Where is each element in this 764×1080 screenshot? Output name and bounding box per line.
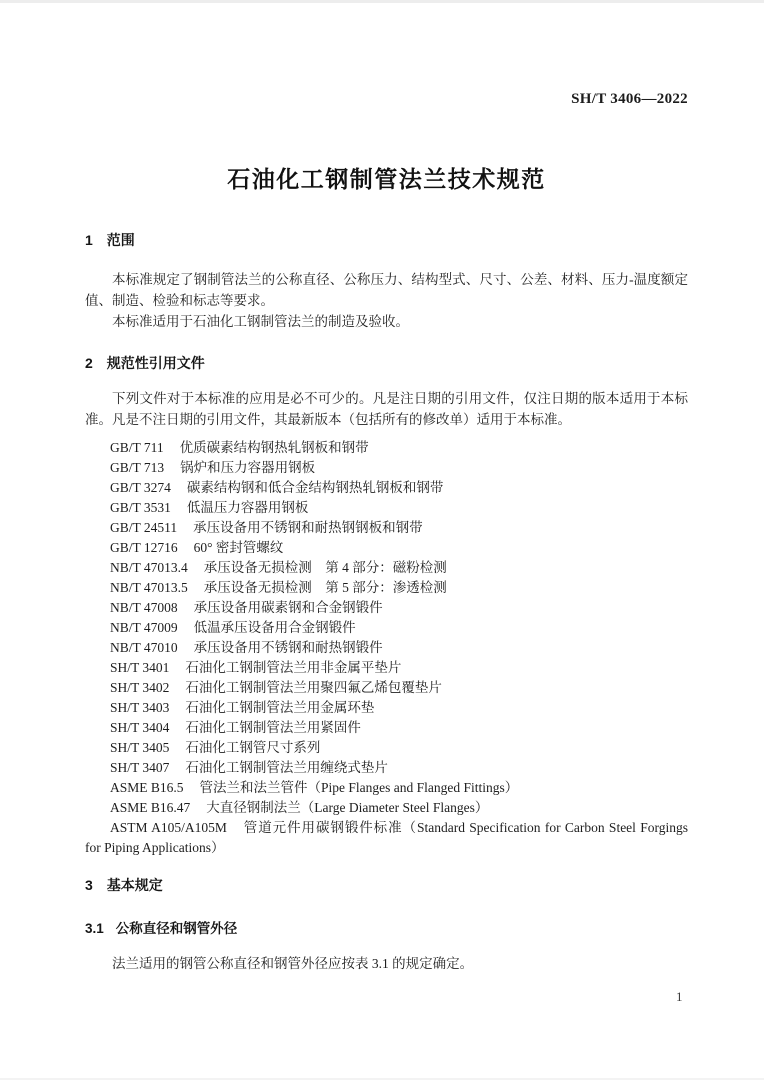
section-title: 基本规定 <box>107 877 163 893</box>
reference-title: 60° 密封管螺纹 <box>194 540 284 555</box>
subsection-heading-nominal-diameter: 3.1公称直径和钢管外径 <box>85 920 688 937</box>
section-number: 1 <box>85 232 93 248</box>
reference-code: GB/T 12716 <box>110 540 178 555</box>
reference-title: 低温压力容器用钢板 <box>187 500 309 515</box>
reference-title: 承压设备无损检测 第 4 部分：磁粉检测 <box>204 560 447 575</box>
section-heading-scope: 1范围 <box>85 231 688 249</box>
reference-item: SH/T 3404石油化工钢制管法兰用紧固件 <box>85 718 688 738</box>
references-intro-paragraph: 下列文件对于本标准的应用是必不可少的。凡是注日期的引用文件，仅注日期的版本适用于… <box>85 388 688 430</box>
reference-title: 承压设备用不锈钢和耐热钢钢板和钢带 <box>193 520 423 535</box>
reference-item: NB/T 47013.5承压设备无损检测 第 5 部分：渗透检测 <box>85 578 688 598</box>
reference-code: SH/T 3403 <box>110 700 169 715</box>
subsection-number: 3.1 <box>85 921 104 936</box>
reference-code: GB/T 711 <box>110 440 164 455</box>
reference-title: 石油化工钢制管法兰用非金属平垫片 <box>185 660 401 675</box>
reference-title: 石油化工钢制管法兰用缠绕式垫片 <box>185 760 388 775</box>
reference-item: GB/T 1271660° 密封管螺纹 <box>85 538 688 558</box>
section-number: 2 <box>85 355 93 371</box>
reference-code: GB/T 3531 <box>110 500 171 515</box>
reference-title: 优质碳素结构钢热轧钢板和钢带 <box>180 440 369 455</box>
reference-title: 石油化工钢制管法兰用紧固件 <box>185 720 361 735</box>
reference-item: SH/T 3407石油化工钢制管法兰用缠绕式垫片 <box>85 758 688 778</box>
reference-code: GB/T 24511 <box>110 520 177 535</box>
reference-item: NB/T 47009低温承压设备用合金钢锻件 <box>85 618 688 638</box>
reference-item: NB/T 47010承压设备用不锈钢和耐热钢锻件 <box>85 638 688 658</box>
reference-code: NB/T 47008 <box>110 600 178 615</box>
reference-code: GB/T 713 <box>110 460 164 475</box>
reference-item: ASME B16.47大直径钢制法兰（Large Diameter Steel … <box>85 798 688 818</box>
nominal-diameter-paragraph: 法兰适用的钢管公称直径和钢管外径应按表 3.1 的规定确定。 <box>85 953 688 974</box>
reference-list: GB/T 711优质碳素结构钢热轧钢板和钢带 GB/T 713锅炉和压力容器用钢… <box>85 438 688 858</box>
reference-title: 承压设备无损检测 第 5 部分：渗透检测 <box>204 580 447 595</box>
reference-code: GB/T 3274 <box>110 480 171 495</box>
reference-code: ASTM A105/A105M <box>110 820 227 835</box>
page-content: SH/T 3406—2022 石油化工钢制管法兰技术规范 1范围 本标准规定了钢… <box>0 0 764 974</box>
reference-item: ASME B16.5管法兰和法兰管件（Pipe Flanges and Flan… <box>85 778 688 798</box>
reference-item: SH/T 3403石油化工钢制管法兰用金属环垫 <box>85 698 688 718</box>
subsection-title: 公称直径和钢管外径 <box>116 921 238 936</box>
reference-code: ASME B16.5 <box>110 780 184 795</box>
page-number: 1 <box>676 989 683 1005</box>
reference-item: SH/T 3402石油化工钢制管法兰用聚四氟乙烯包覆垫片 <box>85 678 688 698</box>
standard-number: SH/T 3406—2022 <box>85 0 688 107</box>
reference-item: NB/T 47013.4承压设备无损检测 第 4 部分：磁粉检测 <box>85 558 688 578</box>
document-title: 石油化工钢制管法兰技术规范 <box>85 165 688 193</box>
reference-item: ASTM A105/A105M管道元件用碳钢锻件标准（Standard Spec… <box>85 818 688 858</box>
reference-item: GB/T 24511承压设备用不锈钢和耐热钢钢板和钢带 <box>85 518 688 538</box>
section-heading-normative-references: 2规范性引用文件 <box>85 354 688 372</box>
reference-item: GB/T 3274碳素结构钢和低合金结构钢热轧钢板和钢带 <box>85 478 688 498</box>
section-title: 规范性引用文件 <box>107 355 205 371</box>
reference-code: NB/T 47010 <box>110 640 178 655</box>
reference-item: GB/T 713锅炉和压力容器用钢板 <box>85 458 688 478</box>
reference-code: SH/T 3407 <box>110 760 169 775</box>
reference-title: 管法兰和法兰管件（Pipe Flanges and Flanged Fittin… <box>200 780 519 795</box>
scope-paragraph-1: 本标准规定了钢制管法兰的公称直径、公称压力、结构型式、尺寸、公差、材料、压力-温… <box>85 269 688 311</box>
reference-title: 大直径钢制法兰（Large Diameter Steel Flanges） <box>206 800 488 815</box>
reference-code: SH/T 3402 <box>110 680 169 695</box>
document-page: SH/T 3406—2022 石油化工钢制管法兰技术规范 1范围 本标准规定了钢… <box>0 0 764 1080</box>
reference-item: GB/T 3531低温压力容器用钢板 <box>85 498 688 518</box>
reference-item: SH/T 3401石油化工钢制管法兰用非金属平垫片 <box>85 658 688 678</box>
reference-title: 碳素结构钢和低合金结构钢热轧钢板和钢带 <box>187 480 444 495</box>
reference-item: SH/T 3405石油化工钢管尺寸系列 <box>85 738 688 758</box>
section-heading-basic-provisions: 3基本规定 <box>85 876 688 894</box>
reference-title: 石油化工钢制管法兰用金属环垫 <box>185 700 374 715</box>
reference-code: NB/T 47009 <box>110 620 178 635</box>
reference-item: NB/T 47008承压设备用碳素钢和合金钢锻件 <box>85 598 688 618</box>
reference-code: NB/T 47013.4 <box>110 560 188 575</box>
reference-code: ASME B16.47 <box>110 800 190 815</box>
reference-title: 承压设备用碳素钢和合金钢锻件 <box>194 600 383 615</box>
reference-code: NB/T 47013.5 <box>110 580 188 595</box>
reference-title: 石油化工钢制管法兰用聚四氟乙烯包覆垫片 <box>185 680 442 695</box>
page-top-edge <box>0 0 764 3</box>
reference-item: GB/T 711优质碳素结构钢热轧钢板和钢带 <box>85 438 688 458</box>
reference-code: SH/T 3401 <box>110 660 169 675</box>
section-number: 3 <box>85 877 93 893</box>
scope-paragraph-2: 本标准适用于石油化工钢制管法兰的制造及验收。 <box>85 311 688 332</box>
reference-title: 低温承压设备用合金钢锻件 <box>194 620 356 635</box>
reference-code: SH/T 3404 <box>110 720 169 735</box>
reference-title: 承压设备用不锈钢和耐热钢锻件 <box>194 640 383 655</box>
reference-code: SH/T 3405 <box>110 740 169 755</box>
section-title: 范围 <box>107 232 135 248</box>
reference-title: 锅炉和压力容器用钢板 <box>180 460 315 475</box>
reference-title: 石油化工钢管尺寸系列 <box>185 740 320 755</box>
